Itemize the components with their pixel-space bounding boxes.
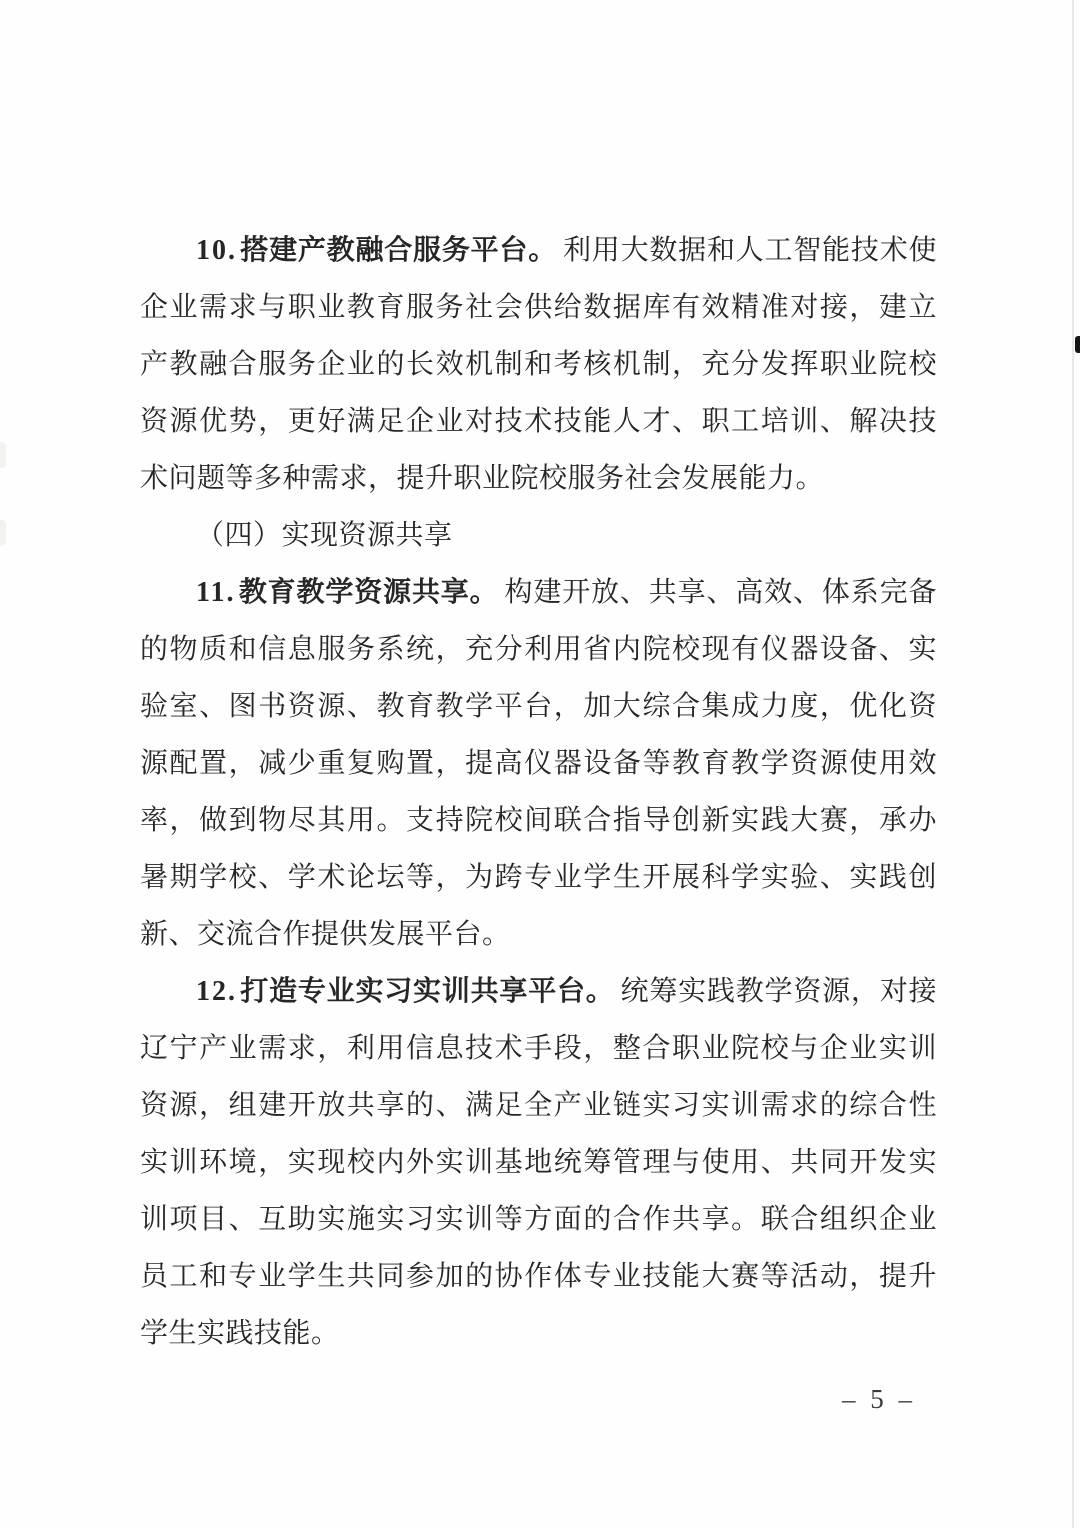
paragraph-10: 10.搭建产教融合服务平台。利用大数据和人工智能技术使企业需求与职业教育服务社会… xyxy=(140,222,937,507)
section-heading-four: （四）实现资源共享 xyxy=(140,507,937,564)
paragraph-12-title: 打造专业实习实训共享平台。 xyxy=(240,976,615,1007)
scan-edge-line xyxy=(1072,0,1074,1528)
paragraph-11-heading: 11.教育教学资源共享。 xyxy=(196,577,499,608)
paragraph-10-title: 搭建产教融合服务平台。 xyxy=(240,235,557,266)
page-number: – 5 – xyxy=(818,1384,938,1415)
scan-smudge xyxy=(0,442,6,468)
paragraph-10-heading: 10.搭建产教融合服务平台。 xyxy=(196,235,557,266)
paragraph-11-title: 教育教学资源共享。 xyxy=(238,577,498,608)
paragraph-11-number: 11. xyxy=(196,577,235,608)
paragraph-11-body: 构建开放、共享、高效、体系完备的物质和信息服务系统，充分利用省内院校现有仪器设备… xyxy=(140,577,937,950)
paragraph-10-number: 10. xyxy=(196,235,237,266)
paragraph-10-body: 利用大数据和人工智能技术使企业需求与职业教育服务社会供给数据库有效精准对接，建立… xyxy=(140,235,937,494)
paragraph-11: 11.教育教学资源共享。构建开放、共享、高效、体系完备的物质和信息服务系统，充分… xyxy=(140,564,937,963)
scan-artifact-mark xyxy=(1075,336,1080,353)
paragraph-12-body: 统筹实践教学资源，对接辽宁产业需求，利用信息技术手段，整合职业院校与企业实训资源… xyxy=(140,976,937,1349)
paragraph-12-number: 12. xyxy=(196,976,237,1007)
document-body: 10.搭建产教融合服务平台。利用大数据和人工智能技术使企业需求与职业教育服务社会… xyxy=(140,222,937,1362)
scanned-document-page: 10.搭建产教融合服务平台。利用大数据和人工智能技术使企业需求与职业教育服务社会… xyxy=(0,0,1080,1528)
scan-smudge xyxy=(0,520,6,546)
paragraph-12-heading: 12.打造专业实习实训共享平台。 xyxy=(196,976,615,1007)
paragraph-12: 12.打造专业实习实训共享平台。统筹实践教学资源，对接辽宁产业需求，利用信息技术… xyxy=(140,963,937,1362)
